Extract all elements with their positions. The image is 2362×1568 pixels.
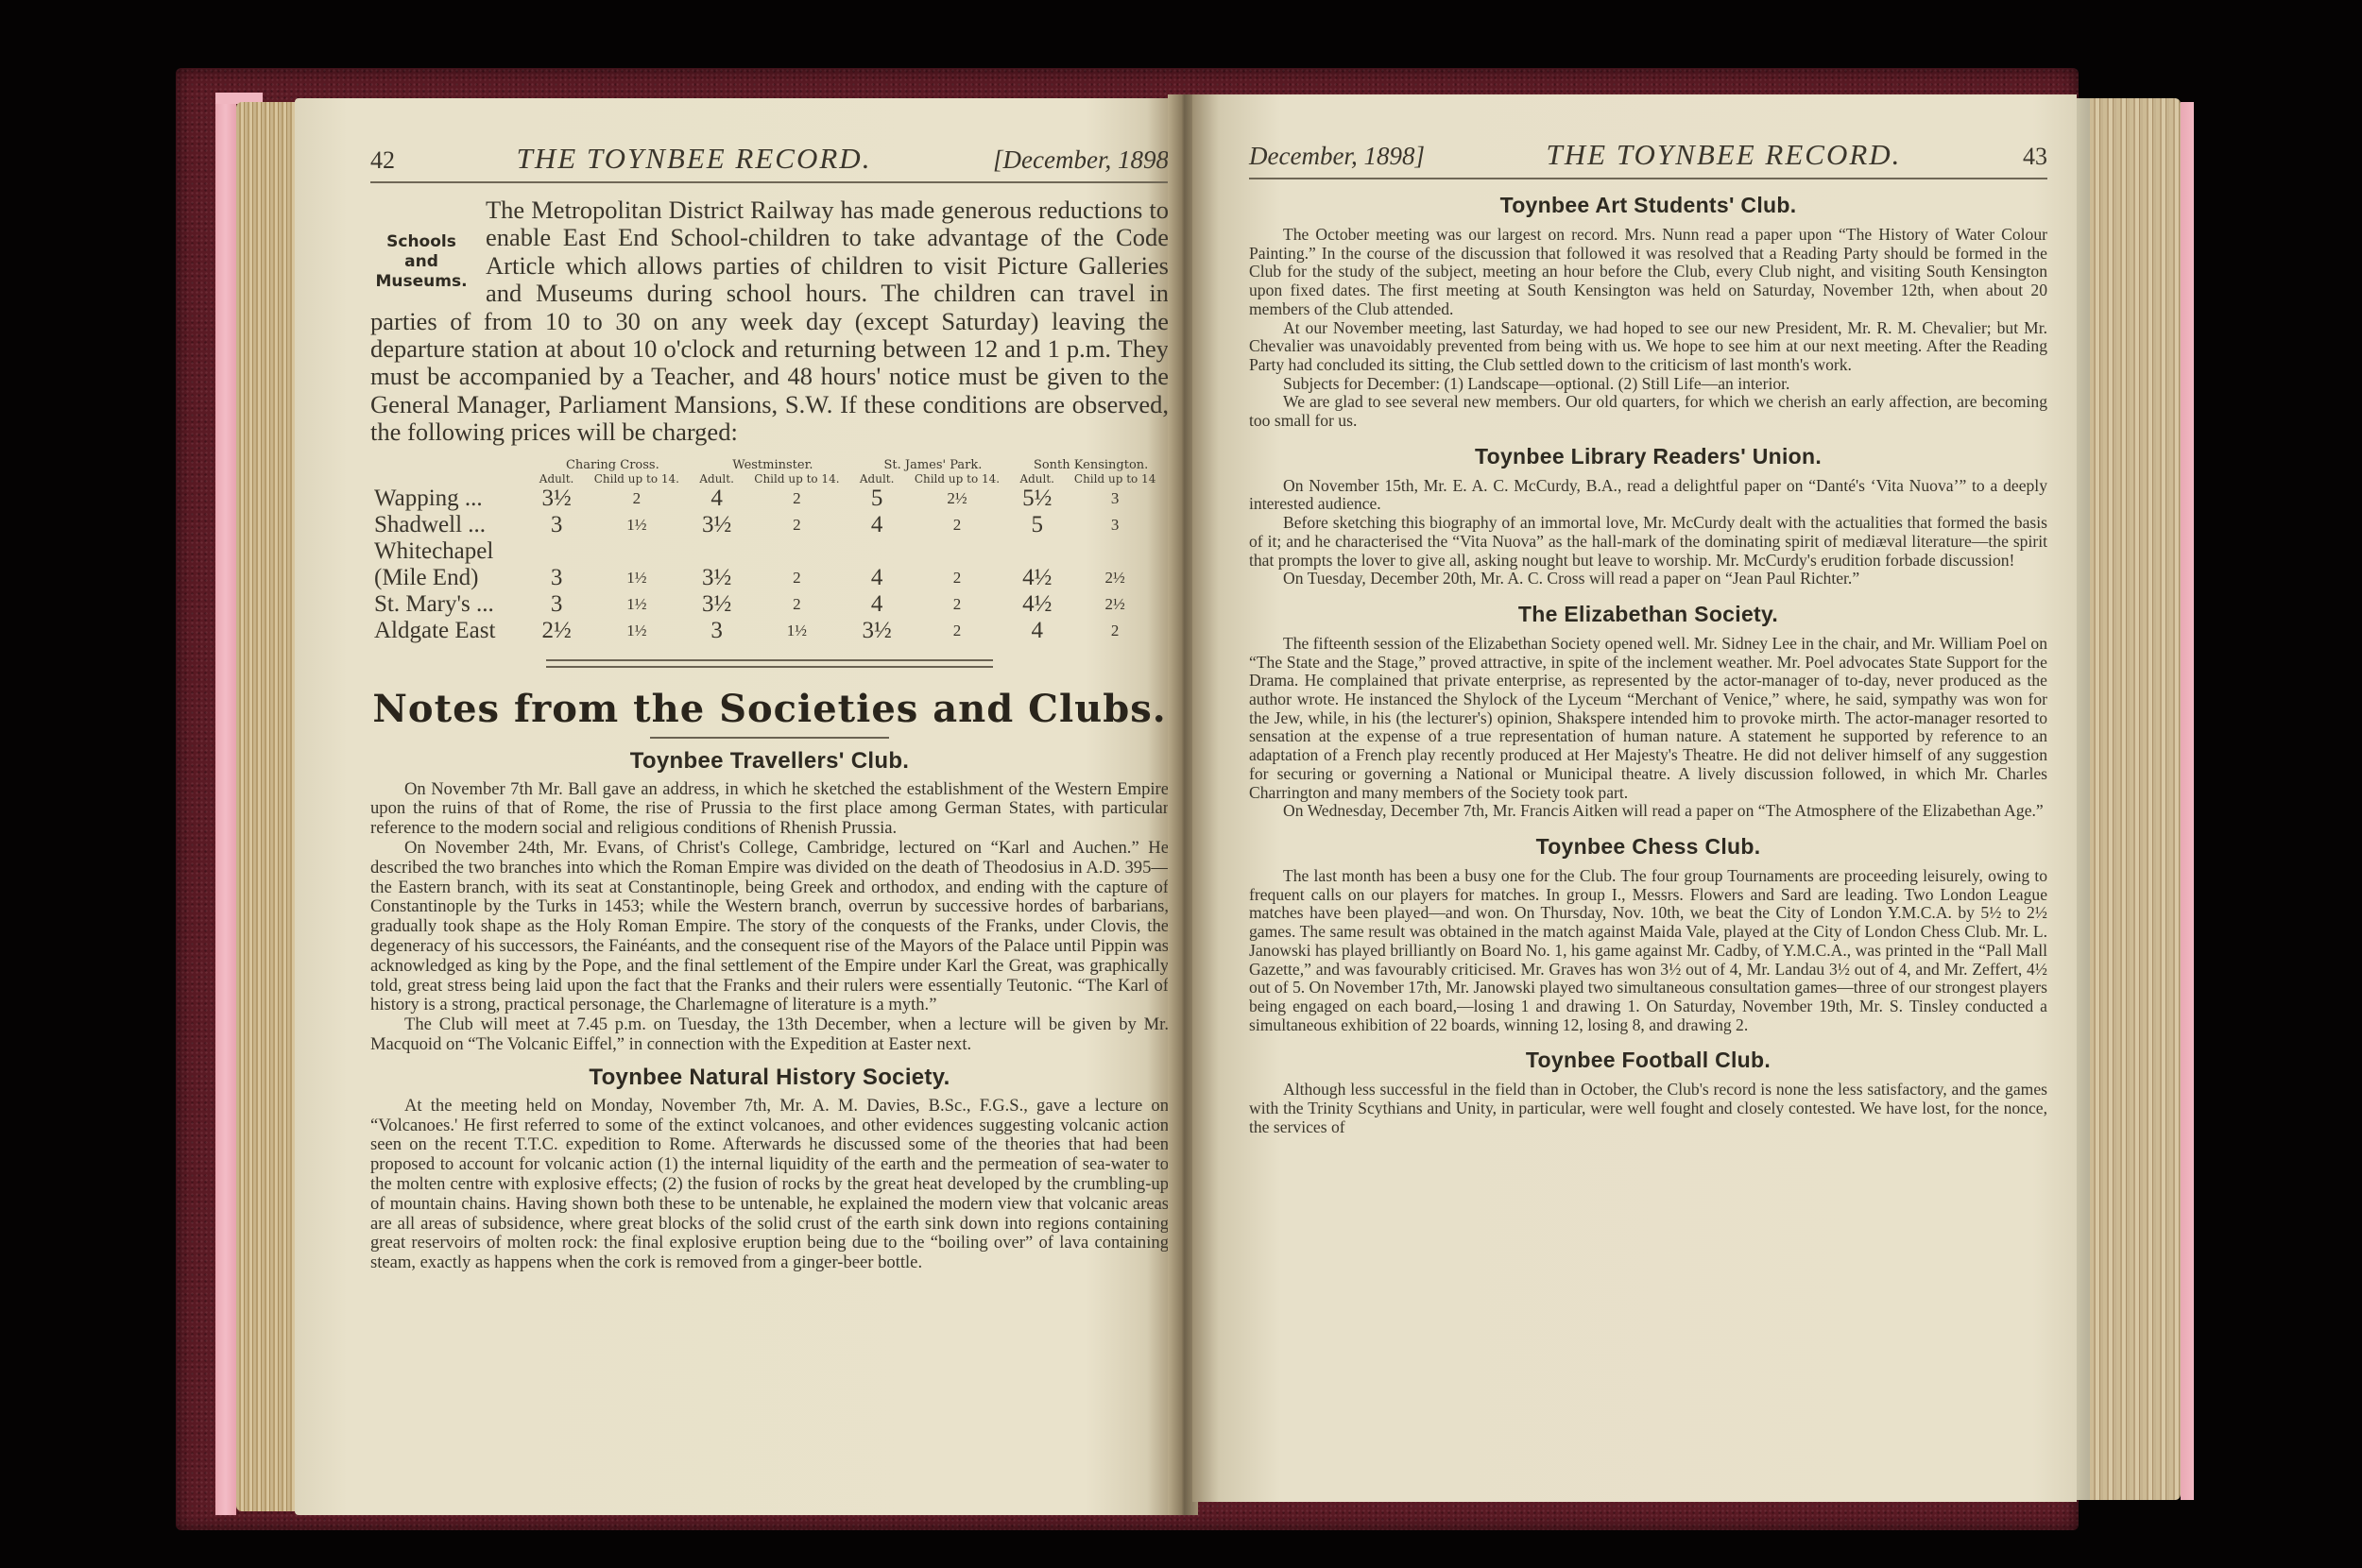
article-paragraph: At the meeting held on Monday, November … bbox=[370, 1097, 1169, 1273]
schools-museums-notice: Schools and Museums. The Metropolitan Di… bbox=[370, 196, 1169, 447]
fare-cell bbox=[741, 538, 853, 565]
right-articles: Toynbee Art Students' Club.The October m… bbox=[1249, 193, 2047, 1136]
fare-cell bbox=[693, 538, 741, 565]
column-header: Child up to 14. bbox=[741, 472, 853, 486]
left-articles: Toynbee Travellers' Club.On November 7th… bbox=[370, 748, 1169, 1273]
page-number: 42 bbox=[370, 146, 395, 175]
fare-cell: 4 bbox=[693, 486, 741, 512]
fare-cell: 1½ bbox=[741, 618, 853, 644]
fare-cell: 2 bbox=[901, 591, 1014, 618]
fare-cell: 3½ bbox=[693, 512, 741, 538]
fare-cell: 2½ bbox=[901, 486, 1014, 512]
article-heading: Toynbee Natural History Society. bbox=[370, 1065, 1169, 1091]
row-station-from: St. Mary's ... bbox=[370, 591, 533, 618]
fare-cell: 4½ bbox=[1013, 591, 1061, 618]
row-station-from: Aldgate East bbox=[370, 618, 533, 644]
article-paragraph: The October meeting was our largest on r… bbox=[1249, 226, 2047, 319]
fare-cell: 2 bbox=[581, 486, 693, 512]
article-paragraph: On Tuesday, December 20th, Mr. A. C. Cro… bbox=[1249, 570, 2047, 588]
fare-cell: 4 bbox=[853, 591, 901, 618]
table-row: Whitechapel bbox=[370, 538, 1169, 565]
running-head-left: 42 THE TOYNBEE RECORD. [December, 1898 bbox=[370, 142, 1169, 183]
section-title: Notes from the Societies and Clubs. bbox=[370, 687, 1169, 731]
divider-rule bbox=[546, 659, 993, 668]
article-paragraph: On November 7th Mr. Ball gave an address… bbox=[370, 780, 1169, 839]
fare-cell: 3 bbox=[1061, 486, 1169, 512]
fare-cell: 2½ bbox=[533, 618, 581, 644]
column-header: Adult. bbox=[693, 472, 741, 486]
article-paragraph: On November 24th, Mr. Evans, of Christ's… bbox=[370, 839, 1169, 1015]
column-header: Adult. bbox=[1013, 472, 1061, 486]
fare-cell bbox=[533, 538, 581, 565]
fare-cell: 2 bbox=[1061, 618, 1169, 644]
column-header: Adult. bbox=[853, 472, 901, 486]
station-header: Sonth Kensington. bbox=[1013, 458, 1169, 472]
fare-cell: 3 bbox=[533, 512, 581, 538]
right-page: December, 1898] THE TOYNBEE RECORD. 43 T… bbox=[1192, 94, 2077, 1502]
running-title: THE TOYNBEE RECORD. bbox=[1547, 138, 1902, 172]
running-head-right: December, 1898] THE TOYNBEE RECORD. 43 bbox=[1249, 138, 2047, 179]
table-row: St. Mary's ...31½3½2424½2½ bbox=[370, 591, 1169, 618]
column-header: Child up to 14. bbox=[901, 472, 1014, 486]
fare-cell: 3½ bbox=[693, 591, 741, 618]
table-subheader-row: Adult. Child up to 14. Adult. Child up t… bbox=[370, 472, 1169, 486]
running-date: December, 1898] bbox=[1249, 142, 1425, 171]
fare-cell: 4 bbox=[853, 565, 901, 591]
article-paragraph: The fifteenth session of the Elizabethan… bbox=[1249, 635, 2047, 802]
fare-cell: 5 bbox=[853, 486, 901, 512]
fare-cell: 3½ bbox=[853, 618, 901, 644]
side-note: Schools and Museums. bbox=[370, 232, 472, 292]
fare-cell: 2 bbox=[901, 512, 1014, 538]
fare-cell: 4½ bbox=[1013, 565, 1061, 591]
fare-cell: 5 bbox=[1013, 512, 1061, 538]
fare-cell: 5½ bbox=[1013, 486, 1061, 512]
station-header: St. James' Park. bbox=[853, 458, 1014, 472]
table-row: Wapping ...3½24252½5½3 bbox=[370, 486, 1169, 512]
fare-cell: 3½ bbox=[693, 565, 741, 591]
table-station-row: Charing Cross. Westminster. St. James' P… bbox=[370, 458, 1169, 472]
fare-cell bbox=[1061, 538, 1169, 565]
page-block-left bbox=[236, 102, 295, 1511]
fare-cell: 1½ bbox=[581, 618, 693, 644]
fare-cell: 3 bbox=[693, 618, 741, 644]
endpaper-edge-left bbox=[215, 93, 236, 1515]
article-paragraph: We are glad to see several new members. … bbox=[1249, 393, 2047, 430]
fare-cell: 2 bbox=[901, 565, 1014, 591]
fare-cell: 2 bbox=[901, 618, 1014, 644]
row-station-from: Shadwell ... bbox=[370, 512, 533, 538]
fare-cell: 2 bbox=[741, 591, 853, 618]
row-station-from: Wapping ... bbox=[370, 486, 533, 512]
fare-cell: 2½ bbox=[1061, 591, 1169, 618]
table-row: Aldgate East2½1½31½3½242 bbox=[370, 618, 1169, 644]
column-header: Adult. bbox=[533, 472, 581, 486]
article-paragraph: The last month has been a busy one for t… bbox=[1249, 867, 2047, 1034]
running-title: THE TOYNBEE RECORD. bbox=[517, 142, 872, 176]
fare-cell bbox=[853, 538, 901, 565]
running-date: [December, 1898 bbox=[993, 145, 1169, 175]
station-header: Charing Cross. bbox=[533, 458, 693, 472]
row-station-from: (Mile End) bbox=[370, 565, 533, 591]
article-heading: Toynbee Football Club. bbox=[1249, 1048, 2047, 1073]
fare-cell bbox=[581, 538, 693, 565]
table-row: Shadwell ...31½3½24253 bbox=[370, 512, 1169, 538]
fares-table: Charing Cross. Westminster. St. James' P… bbox=[370, 458, 1169, 644]
page-block-right bbox=[2077, 98, 2181, 1500]
column-header: Child up to 14. bbox=[581, 472, 693, 486]
fare-cell: 3 bbox=[533, 565, 581, 591]
fare-cell: 3½ bbox=[533, 486, 581, 512]
fare-cell: 2½ bbox=[1061, 565, 1169, 591]
article-heading: Toynbee Chess Club. bbox=[1249, 834, 2047, 860]
article-paragraph: The Club will meet at 7.45 p.m. on Tuesd… bbox=[370, 1015, 1169, 1055]
fare-cell: 2 bbox=[741, 565, 853, 591]
article-heading: The Elizabethan Society. bbox=[1249, 602, 2047, 627]
row-station-from: Whitechapel bbox=[370, 538, 533, 565]
article-heading: Toynbee Travellers' Club. bbox=[370, 748, 1169, 775]
column-header: Child up to 14 bbox=[1061, 472, 1169, 486]
side-note-line: Schools and bbox=[370, 232, 472, 272]
fare-cell bbox=[1013, 538, 1061, 565]
fare-cell: 2 bbox=[741, 486, 853, 512]
fare-cell: 3 bbox=[533, 591, 581, 618]
notice-text: The Metropolitan District Railway has ma… bbox=[370, 196, 1169, 447]
article-paragraph: On November 15th, Mr. E. A. C. McCurdy, … bbox=[1249, 477, 2047, 514]
fare-cell: 2 bbox=[741, 512, 853, 538]
side-note-line: Museums. bbox=[370, 272, 472, 292]
fare-cell: 1½ bbox=[581, 512, 693, 538]
endpaper-edge-right bbox=[2181, 102, 2194, 1500]
left-page: 42 THE TOYNBEE RECORD. [December, 1898 S… bbox=[295, 98, 1173, 1515]
station-header: Westminster. bbox=[693, 458, 853, 472]
page-number: 43 bbox=[2023, 143, 2047, 171]
article-paragraph: On Wednesday, December 7th, Mr. Francis … bbox=[1249, 802, 2047, 821]
table-row: (Mile End)31½3½2424½2½ bbox=[370, 565, 1169, 591]
fare-cell: 4 bbox=[1013, 618, 1061, 644]
fare-cell: 1½ bbox=[581, 591, 693, 618]
article-paragraph: Before sketching this biography of an im… bbox=[1249, 514, 2047, 570]
fare-cell: 1½ bbox=[581, 565, 693, 591]
article-heading: Toynbee Art Students' Club. bbox=[1249, 193, 2047, 218]
fare-cell bbox=[901, 538, 1014, 565]
article-paragraph: Although less successful in the field th… bbox=[1249, 1081, 2047, 1136]
fare-cell: 4 bbox=[853, 512, 901, 538]
fare-cell: 3 bbox=[1061, 512, 1169, 538]
article-paragraph: At our November meeting, last Saturday, … bbox=[1249, 319, 2047, 375]
divider-rule bbox=[650, 737, 890, 739]
article-heading: Toynbee Library Readers' Union. bbox=[1249, 444, 2047, 469]
article-paragraph: Subjects for December: (1) Landscape—opt… bbox=[1249, 375, 2047, 394]
